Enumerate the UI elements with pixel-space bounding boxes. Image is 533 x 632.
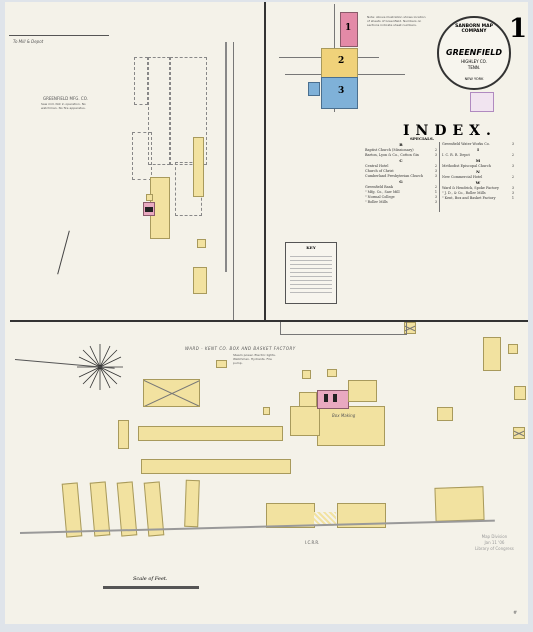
dry-kiln-building	[118, 420, 129, 449]
railroad-line	[233, 42, 234, 320]
key-legend-title: KEY	[286, 245, 336, 250]
saw-mill-building	[290, 406, 320, 436]
page-corner-mark: #	[513, 610, 517, 616]
railroad-track	[20, 520, 495, 534]
seal-location: NEW YORK	[439, 77, 509, 81]
section-number: 3	[338, 86, 344, 96]
factory-title: WARD - KENT CO. BOX AND BASKET FACTORY	[185, 346, 296, 351]
box-mill-building-3	[434, 486, 484, 522]
box-making-label: Box Making	[332, 413, 355, 418]
small-building	[437, 407, 453, 421]
engine-room	[299, 392, 317, 407]
railroad-track	[225, 42, 227, 272]
lumber-rack	[184, 480, 200, 527]
lumber-rack	[90, 481, 111, 536]
sheet-number: 1	[509, 14, 527, 44]
key-map-section-3-annex	[308, 82, 320, 96]
small-building	[263, 407, 270, 415]
index-column-divider	[439, 142, 440, 212]
key-map-section-2: 2	[321, 48, 358, 78]
factory-note: Steam power. Electric lights. Watchman. …	[233, 353, 278, 365]
warehouse	[348, 380, 377, 402]
key-map-section-1: 1	[340, 12, 358, 47]
lot-line	[280, 322, 407, 335]
small-building	[508, 344, 518, 354]
panel-top-right: 1 2 3 Note: Above illustration shows loc…	[267, 2, 528, 320]
boiler-dark	[324, 394, 328, 402]
outbuilding	[193, 267, 207, 294]
small-building	[216, 360, 227, 368]
key-legend-entries	[290, 253, 332, 293]
index-subtitle: SPECIALS.	[410, 136, 434, 141]
lumber-shed-crossed	[143, 379, 200, 407]
greenfield-mfg-note: Saw mill. Not in operation. No watchman.…	[41, 102, 91, 110]
seal-county: HIGHLEY CO.	[439, 59, 509, 64]
small-shed	[146, 194, 153, 201]
panel-divider-vertical	[264, 2, 266, 320]
rail-label: I.C.R.R.	[305, 540, 319, 545]
seal-state: TENN.	[439, 65, 509, 70]
boiler-room-dark	[145, 207, 153, 212]
lumber-pile-outline	[132, 132, 152, 180]
section-number: 2	[338, 56, 344, 66]
box-making-building: Box Making	[317, 406, 385, 446]
archive-stamp	[470, 92, 494, 112]
key-legend-box: KEY	[285, 242, 337, 304]
key-map-note: Note: Above illustration shows location …	[367, 15, 427, 27]
small-shed	[197, 239, 206, 248]
crossed-shed	[513, 427, 525, 439]
map-sheet: To Mill & Depot GREENFIELD MFG. CO. Saw …	[5, 2, 528, 624]
index-entry: " Kent, Box and Basket Factory1	[442, 196, 514, 201]
publisher-seal: SANBORN MAP COMPANY GREENFIELD HIGHLEY C…	[437, 16, 511, 90]
depot-label: To Mill & Depot	[13, 39, 43, 44]
index-right-column: Greenfield Water Works Co.3 I I. C. R. R…	[442, 142, 514, 201]
boiler-dark	[333, 394, 337, 402]
section-number: 1	[345, 23, 351, 33]
dry-shed	[141, 459, 291, 474]
road-line	[9, 35, 109, 36]
lumber-pile-outline	[134, 57, 148, 105]
library-stamp: Map Division Jan 11 '06 Library of Congr…	[475, 534, 514, 552]
seal-town: GREENFIELD	[439, 48, 509, 57]
seal-publisher: SANBORN MAP COMPANY	[443, 24, 505, 34]
index-left-column: B Baptist Church (Missionary)2 Barton, L…	[365, 142, 437, 205]
small-building	[302, 370, 311, 379]
index-entry: " Roller Mills3	[365, 200, 437, 205]
small-building	[327, 369, 337, 377]
stamp-line: Library of Congress	[475, 546, 514, 552]
greenfield-mfg-label: GREENFIELD MFG. CO.	[43, 96, 88, 101]
scale-title: Scale of Feet.	[133, 576, 168, 582]
long-shed	[138, 426, 283, 441]
panel-bottom: WARD - KENT CO. BOX AND BASKET FACTORY S…	[5, 322, 528, 624]
panel-top-left: To Mill & Depot GREENFIELD MFG. CO. Saw …	[5, 2, 263, 320]
key-map-section-3: 3	[321, 77, 358, 109]
box-mill-building-right	[483, 337, 501, 371]
north-arrow-icon	[57, 231, 70, 275]
lumber-shed-building	[193, 137, 204, 197]
small-building	[514, 386, 526, 400]
lumber-rack	[62, 482, 83, 537]
scale-bar	[103, 586, 199, 589]
